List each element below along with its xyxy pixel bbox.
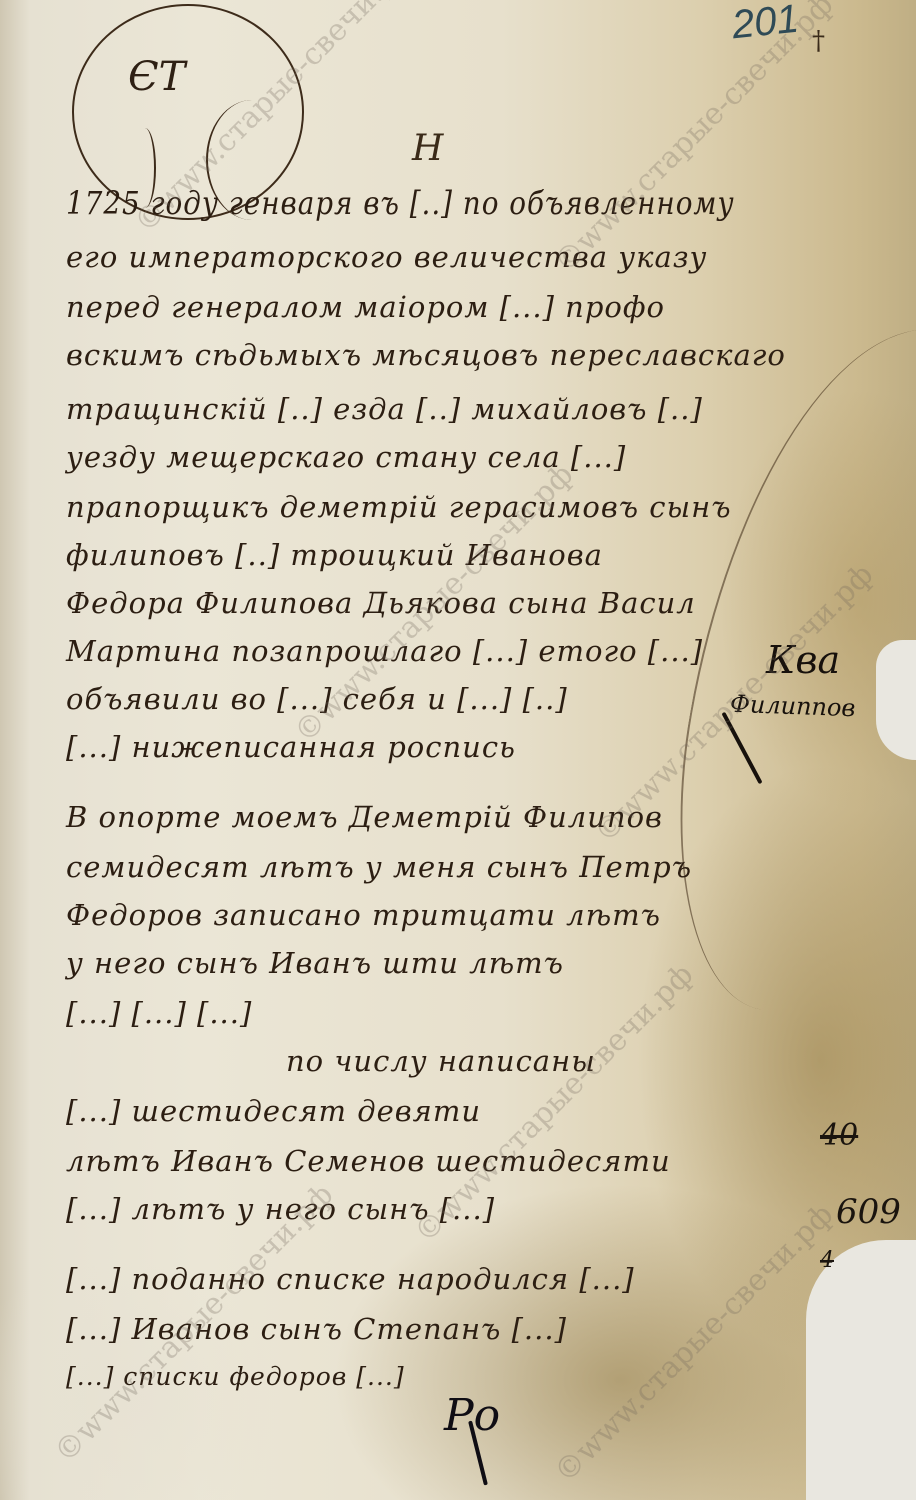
text-line: [...] лѣтъ у него сынъ [...] — [66, 1192, 495, 1226]
margin-note-kia: Ква — [766, 638, 840, 682]
margin-signature: Филиппов — [730, 690, 856, 722]
text-line: Мартина позапрошлаго [...] етого [...] — [66, 634, 703, 668]
text-line: [...] нижеписанная роспись — [66, 730, 516, 764]
text-line: у него сынъ Иванъ шти лѣтъ — [66, 946, 564, 980]
text-line: уезду мещерскаго стану села [...] — [66, 440, 626, 474]
text-line: Федора Филипова Дьякова сына Васил — [66, 586, 696, 620]
crossed-out-mark: 4 — [820, 1248, 834, 1273]
text-line: вскимъ сѣдьмыхъ мѣсяцовъ переславскаго — [66, 338, 786, 372]
manuscript-page: 201 † ЄТ Н 1725 году генваря въ [..] по … — [0, 0, 916, 1500]
corner-mark: † — [812, 26, 825, 56]
text-line: тращинскій [..] езда [..] михайловъ [..] — [66, 392, 703, 426]
folio-number: 201 — [730, 0, 801, 48]
text-line: 1725 году генваря въ [..] по объявленном… — [66, 184, 735, 221]
text-line: филиповъ [..] троицкий Иванова — [66, 538, 603, 572]
text-line: [...] Иванов сынъ Степанъ [...] — [66, 1312, 567, 1346]
watermark: ©www.старые-свечи.рф — [548, 1197, 841, 1490]
torn-edge-upper — [876, 640, 916, 760]
header-mark: Н — [412, 128, 443, 169]
text-line: объявили во [...] себя и [...] [..] — [66, 682, 568, 716]
text-line: семидесят лѣтъ у меня сынъ Петръ — [66, 850, 692, 884]
text-line: [...] шестидесят девяти — [66, 1094, 481, 1128]
stamp-text: ЄТ — [128, 54, 185, 100]
text-line: Федоров записано тритцати лѣтъ — [66, 898, 661, 932]
text-line: лѣтъ Иванъ Семенов шестидесяти — [66, 1144, 671, 1178]
text-line: [...] поданно списке народился [...] — [66, 1262, 635, 1296]
text-line: [...] списки федоров [...] — [66, 1362, 405, 1391]
text-line: по числу написаны — [286, 1044, 596, 1078]
text-line: перед генералом маіором [...] профо — [66, 290, 665, 324]
margin-page-number: 609 — [836, 1192, 901, 1232]
text-line: его императорского величества указу — [66, 240, 707, 274]
watermark: ©www.старые-свечи.рф — [548, 0, 841, 280]
text-line: прапорщикъ деметрій герасимовъ сынъ — [66, 490, 732, 524]
text-line: В опорте моемъ Деметрій Филипов — [66, 800, 663, 834]
crossed-out-number: 40 — [820, 1118, 858, 1153]
torn-edge-lower — [806, 1240, 916, 1500]
text-line: [...] [...] [...] — [66, 996, 252, 1030]
